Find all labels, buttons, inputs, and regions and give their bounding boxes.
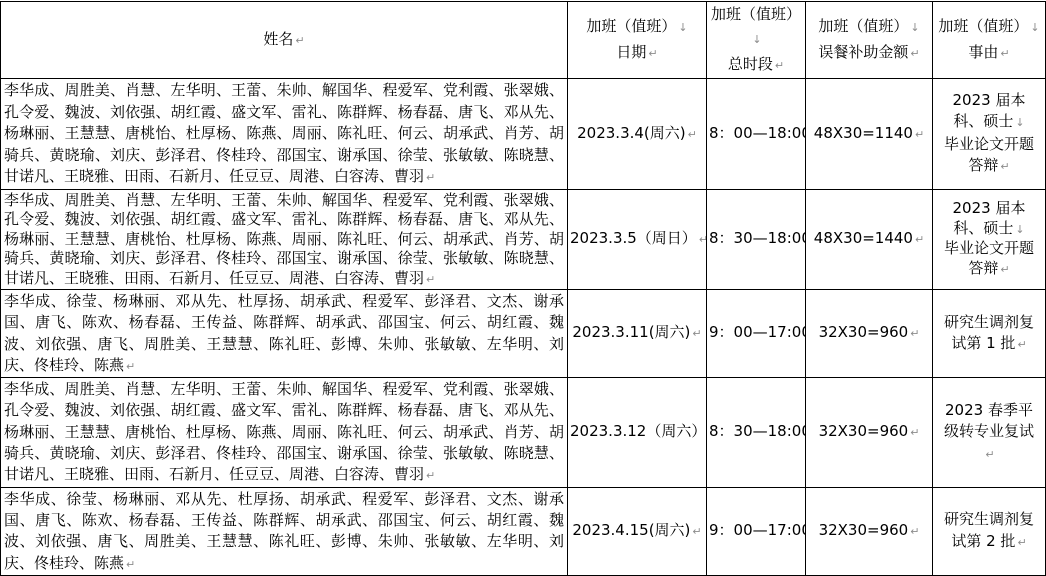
amount-cell: 48X30=1440↵	[806, 189, 933, 290]
paragraph-mark: ↵	[1017, 536, 1026, 549]
names-cell: 李华成、徐莹、杨琳丽、邓从先、杜厚扬、胡承武、程爱军、彭泽君、文杰、谢承国、唐飞…	[1, 290, 568, 378]
time-cell: 9：00—17:00↵	[707, 290, 806, 378]
header-reason-line1: 加班（值班）	[938, 17, 1028, 35]
names-text: 李华成、周胜美、肖慧、左华明、王蕾、朱帅、解国华、程爱军、党利霞、张翠娥、孔令爱…	[4, 191, 564, 287]
paragraph-mark: ↵	[910, 327, 919, 340]
header-subsidy-line2: 误餐补助金额	[818, 43, 908, 61]
date-cell: 2023.3.4(周六)↵	[568, 79, 707, 190]
table-row: 李华成、周胜美、肖慧、左华明、王蕾、朱帅、解国华、程爱军、党利霞、张翠娥、孔令爱…	[1, 378, 1046, 487]
date-text: 2023.3.12（周六）	[570, 422, 706, 440]
amount-cell: 32X30=960↵	[806, 290, 933, 378]
line-break-mark: ↓	[1015, 116, 1024, 129]
names-cell: 李华成、周胜美、肖慧、左华明、王蕾、朱帅、解国华、程爱军、党利霞、张翠娥、孔令爱…	[1, 189, 568, 290]
paragraph-mark: ↵	[1000, 160, 1009, 173]
paragraph-mark: ↵	[688, 128, 697, 141]
paragraph-mark: ↵	[126, 558, 135, 571]
reason-line: 毕业论文开题答辩	[944, 239, 1034, 277]
paragraph-mark: ↵	[1000, 47, 1009, 60]
paragraph-mark: ↵	[910, 426, 919, 439]
paragraph-mark: ↵	[648, 47, 657, 60]
header-row: 姓名↵ 加班（值班）↓ 日期↵ 加班（值班）↓ 总时段↵ 加班（值班）↓ 误餐补…	[1, 2, 1046, 79]
header-reason: 加班（值班）↓ 事由↵	[933, 2, 1046, 79]
time-text: 8：30—18:00	[709, 422, 806, 440]
table-row: 李华成、周胜美、肖慧、左华明、王蕾、朱帅、解国华、程爱军、党利霞、张翠娥、孔令爱…	[1, 189, 1046, 290]
date-text: 2023.4.15(周六)	[572, 521, 690, 539]
header-date: 加班（值班）↓ 日期↵	[568, 2, 707, 79]
amount-text: 32X30=960	[819, 521, 909, 539]
header-reason-line2: 事由	[968, 43, 998, 61]
header-date-line2: 日期	[616, 43, 646, 61]
amount-text: 32X30=960	[819, 323, 909, 341]
names-text: 李华成、周胜美、肖慧、左华明、王蕾、朱帅、解国华、程爱军、党利霞、张翠娥、孔令爱…	[4, 380, 564, 483]
time-text: 9：00—17:00	[709, 521, 806, 539]
time-text: 9：00—17:00	[709, 323, 806, 341]
amount-cell: 32X30=960↵	[806, 378, 933, 487]
header-timespan-line2: 总时段	[728, 55, 773, 73]
line-break-mark: ↓	[752, 33, 761, 46]
reason-cell: 研究生调剂复试第 1 批↵	[933, 290, 1046, 378]
paragraph-mark: ↵	[910, 47, 919, 60]
paragraph-mark: ↵	[426, 171, 435, 184]
names-cell: 李华成、周胜美、肖慧、左华明、王蕾、朱帅、解国华、程爱军、党利霞、张翠娥、孔令爱…	[1, 79, 568, 190]
time-cell: 8：00—18:00↵	[707, 79, 806, 190]
table-row: 李华成、徐莹、杨琳丽、邓从先、杜厚扬、胡承武、程爱军、彭泽君、文杰、谢承国、唐飞…	[1, 290, 1046, 378]
time-cell: 9：00—17:00↵	[707, 487, 806, 575]
paragraph-mark: ↵	[692, 327, 701, 340]
header-date-line1: 加班（值班）	[586, 17, 676, 35]
date-cell: 2023.3.11(周六)↵	[568, 290, 707, 378]
paragraph-mark: ↵	[426, 469, 435, 482]
paragraph-mark: ↵	[692, 525, 701, 538]
paragraph-mark: ↵	[126, 360, 135, 373]
names-text: 李华成、周胜美、肖慧、左华明、王蕾、朱帅、解国华、程爱军、党利霞、张翠娥、孔令爱…	[4, 81, 564, 185]
overtime-duty-table: 姓名↵ 加班（值班）↓ 日期↵ 加班（值班）↓ 总时段↵ 加班（值班）↓ 误餐补…	[0, 1, 1046, 576]
names-text: 李华成、徐莹、杨琳丽、邓从先、杜厚扬、胡承武、程爱军、彭泽君、文杰、谢承国、唐飞…	[4, 292, 564, 374]
date-text: 2023.3.11(周六)	[572, 323, 690, 341]
names-cell: 李华成、周胜美、肖慧、左华明、王蕾、朱帅、解国华、程爱军、党利霞、张翠娥、孔令爱…	[1, 378, 568, 487]
names-text: 李华成、徐莹、杨琳丽、邓从先、杜厚扬、胡承武、程爱军、彭泽君、文杰、谢承国、唐飞…	[4, 490, 564, 572]
date-text: 2023.3.4(周六)	[577, 124, 686, 142]
date-text: 2023.3.5（周日）	[570, 229, 697, 247]
amount-cell: 48X30=1140↵	[806, 79, 933, 190]
amount-text: 48X30=1140	[814, 124, 913, 142]
amount-text: 32X30=960	[819, 422, 909, 440]
time-text: 8：30—18:00	[709, 229, 806, 247]
date-cell: 2023.3.5（周日）↵	[568, 189, 707, 290]
line-break-mark: ↓	[910, 21, 919, 34]
reason-cell: 2023 春季平级转专业复试↵	[933, 378, 1046, 487]
header-names-label: 姓名	[263, 30, 293, 48]
paragraph-mark: ↵	[1000, 263, 1009, 276]
header-names: 姓名↵	[1, 2, 568, 79]
header-timespan-line1: 加班（值班）	[711, 5, 801, 23]
reason-cell: 2023 届本科、硕士↓ 毕业论文开题答辩↵	[933, 79, 1046, 190]
table-row: 李华成、周胜美、肖慧、左华明、王蕾、朱帅、解国华、程爱军、党利霞、张翠娥、孔令爱…	[1, 79, 1046, 190]
line-break-mark: ↓	[1015, 223, 1024, 236]
time-cell: 8：30—18:00↵	[707, 189, 806, 290]
paragraph-mark: ↵	[915, 233, 924, 246]
paragraph-mark: ↵	[426, 273, 435, 286]
amount-text: 48X30=1440	[814, 229, 913, 247]
amount-cell: 32X30=960↵	[806, 487, 933, 575]
reason-cell: 2023 届本科、硕士↓ 毕业论文开题答辩↵	[933, 189, 1046, 290]
paragraph-mark: ↵	[915, 128, 924, 141]
header-subsidy: 加班（值班）↓ 误餐补助金额↵	[806, 2, 933, 79]
reason-line: 毕业论文开题答辩	[944, 135, 1034, 175]
word-document-page: 姓名↵ 加班（值班）↓ 日期↵ 加班（值班）↓ 总时段↵ 加班（值班）↓ 误餐补…	[0, 1, 1046, 576]
paragraph-mark: ↵	[985, 448, 994, 461]
reason-line: 2023 春季平级转专业复试	[944, 401, 1034, 440]
date-cell: 2023.4.15(周六)↵	[568, 487, 707, 575]
paragraph-mark: ↵	[775, 59, 784, 72]
line-break-mark: ↓	[1030, 21, 1039, 34]
header-subsidy-line1: 加班（值班）	[818, 17, 908, 35]
header-timespan: 加班（值班）↓ 总时段↵	[707, 2, 806, 79]
paragraph-mark: ↵	[910, 525, 919, 538]
time-text: 8：00—18:00	[709, 124, 806, 142]
date-cell: 2023.3.12（周六）↵	[568, 378, 707, 487]
names-cell: 李华成、徐莹、杨琳丽、邓从先、杜厚扬、胡承武、程爱军、彭泽君、文杰、谢承国、唐飞…	[1, 487, 568, 575]
table-row: 李华成、徐莹、杨琳丽、邓从先、杜厚扬、胡承武、程爱军、彭泽君、文杰、谢承国、唐飞…	[1, 487, 1046, 575]
paragraph-mark: ↵	[699, 233, 707, 246]
time-cell: 8：30—18:00↵	[707, 378, 806, 487]
reason-cell: 研究生调剂复试第 2 批↵	[933, 487, 1046, 575]
line-break-mark: ↓	[678, 21, 687, 34]
paragraph-mark: ↵	[1017, 338, 1026, 351]
paragraph-mark: ↵	[295, 34, 304, 47]
